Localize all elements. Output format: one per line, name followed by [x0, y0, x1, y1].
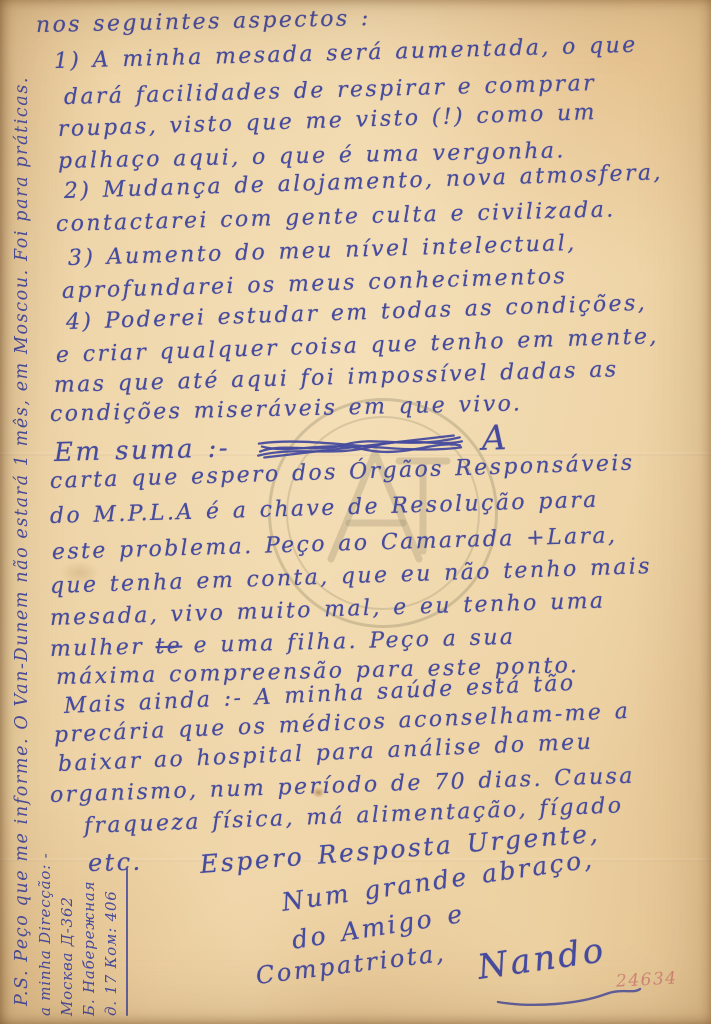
- signature: Nando: [475, 930, 608, 988]
- letter-line: nos seguintes aspectos :: [36, 7, 371, 38]
- address-line: Москва Д-362: [56, 840, 78, 1016]
- letter-line: 1) A minha mesada será aumentada, o que: [54, 34, 638, 74]
- letter-line: etc.: [88, 849, 143, 877]
- struck-word: te: [155, 634, 182, 660]
- address-label: a minha Direcção: -: [34, 840, 56, 1016]
- letter-line-text: e uma filha. Peço a sua: [182, 625, 516, 659]
- archive-number: 24634: [616, 968, 679, 991]
- address-underline: [126, 868, 128, 1016]
- closing-line: Compatriota,: [254, 939, 447, 990]
- letter-line-text: Em suma :-: [54, 433, 231, 468]
- margin-note: P.S. Peço que me informe. O Van-Dunem nã…: [12, 44, 32, 1006]
- letter-page: P.S. Peço que me informe. O Van-Dunem nã…: [0, 0, 711, 1024]
- letter-line-text: A: [481, 418, 509, 459]
- letter-line: do M.P.L.A é a chave de Resolução para: [50, 489, 599, 529]
- letter-line-text: mulher: [50, 634, 156, 662]
